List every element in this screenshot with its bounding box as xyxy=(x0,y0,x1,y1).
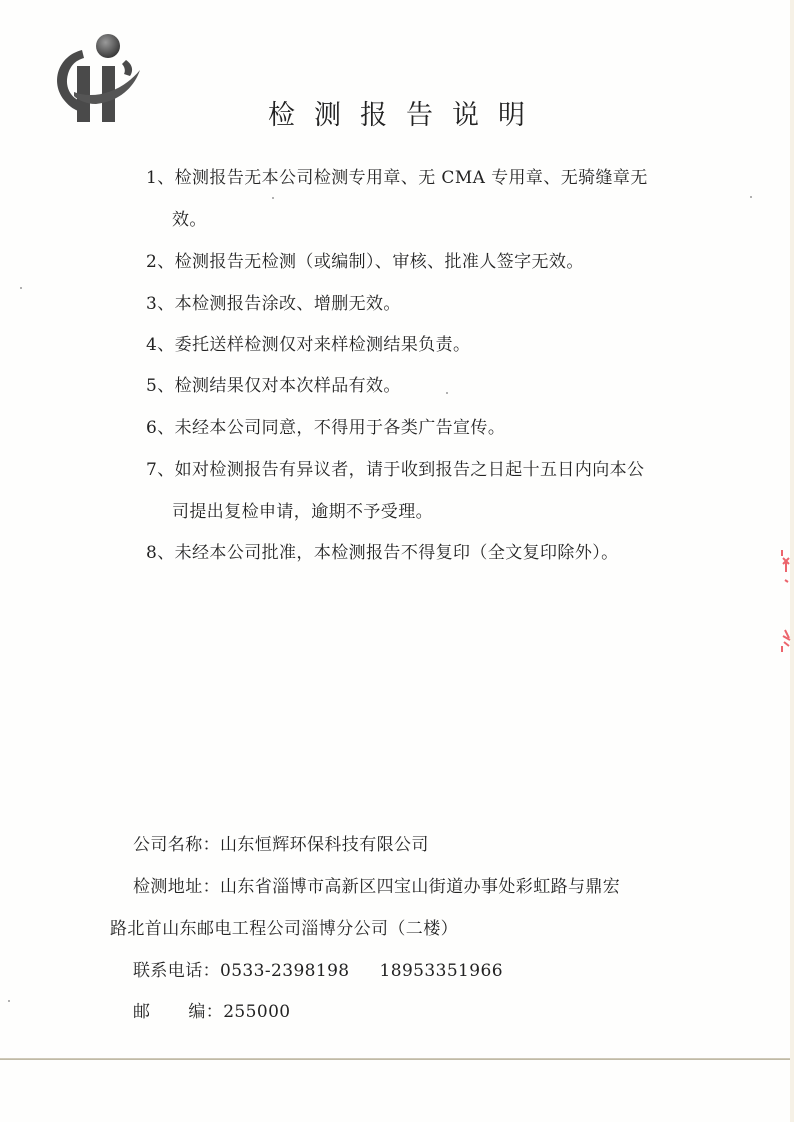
notice-item-6: 6、未经本公司同意，不得用于各类广告宣传。 xyxy=(146,416,505,440)
item-number: 7、 xyxy=(146,460,175,480)
scan-speck xyxy=(8,1000,10,1002)
item-number: 8、 xyxy=(146,543,175,563)
company-logo-icon xyxy=(44,30,148,126)
scan-speck xyxy=(272,197,274,199)
phone-2: 18953351966 xyxy=(380,961,503,981)
item-text: 未经本公司批准，本检测报告不得复印（全文复印除外）。 xyxy=(175,543,619,563)
document-title: 检测报告说明 xyxy=(268,98,530,134)
item-number: 1、 xyxy=(146,168,175,188)
address-line-1: 山东省淄博市高新区四宝山街道办事处彩虹路与鼎宏 xyxy=(220,877,620,897)
item-number: 5、 xyxy=(146,376,175,396)
item-number: 4、 xyxy=(146,335,175,355)
phone-1: 0533-2398198 xyxy=(220,961,350,981)
postcode-value: 255000 xyxy=(223,1002,290,1022)
item-text: 委托送样检测仅对来样检测结果负责。 xyxy=(175,335,471,355)
address-line-2: 路北首山东邮电工程公司淄博分公司（二楼） xyxy=(110,919,458,939)
item-text: 检测报告无本公司检测专用章、无 CMA 专用章、无骑缝章无 xyxy=(175,168,648,188)
company-name-row: 公司名称：山东恒辉环保科技有限公司 xyxy=(133,833,429,857)
postcode-label-b: 编： xyxy=(188,1002,223,1022)
address-row: 检测地址：山东省淄博市高新区四宝山街道办事处彩虹路与鼎宏 xyxy=(133,875,620,899)
postcode-row: 邮编：255000 xyxy=(133,1000,291,1024)
item-text: 本检测报告涂改、增删无效。 xyxy=(175,294,401,314)
item-number: 6、 xyxy=(146,418,175,438)
phone-label: 联系电话： xyxy=(133,961,220,981)
item-continuation: 效。 xyxy=(146,208,648,232)
notice-item-4: 4、委托送样检测仅对来样检测结果负责。 xyxy=(146,333,470,357)
postcode-label-a: 邮 xyxy=(133,1002,150,1022)
notice-item-3: 3、本检测报告涂改、增删无效。 xyxy=(146,292,401,316)
item-text: 如对检测报告有异议者，请于收到报告之日起十五日内向本公 xyxy=(175,460,645,480)
item-text: 未经本公司同意，不得用于各类广告宣传。 xyxy=(175,418,506,438)
seam-seal-icon xyxy=(779,520,793,670)
address-label: 检测地址： xyxy=(133,877,220,897)
item-text: 检测结果仅对本次样品有效。 xyxy=(175,376,401,396)
scan-speck xyxy=(750,196,752,198)
company-name-label: 公司名称： xyxy=(133,835,220,855)
item-text: 检测报告无检测（或编制）、审核、批准人签字无效。 xyxy=(175,252,584,272)
item-continuation: 司提出复检申请，逾期不予受理。 xyxy=(146,500,644,524)
notice-item-1: 1、检测报告无本公司检测专用章、无 CMA 专用章、无骑缝章无 效。 xyxy=(146,166,648,232)
notice-item-8: 8、未经本公司批准，本检测报告不得复印（全文复印除外）。 xyxy=(146,541,619,565)
item-number: 3、 xyxy=(146,294,175,314)
scan-speck xyxy=(20,287,22,289)
notice-item-5: 5、检测结果仅对本次样品有效。 xyxy=(146,374,401,398)
notice-item-7: 7、如对检测报告有异议者，请于收到报告之日起十五日内向本公 司提出复检申请，逾期… xyxy=(146,458,644,524)
notice-item-2: 2、检测报告无检测（或编制）、审核、批准人签字无效。 xyxy=(146,250,584,274)
address-row-continuation: 路北首山东邮电工程公司淄博分公司（二楼） xyxy=(110,917,458,941)
scan-speck xyxy=(446,392,448,394)
document-page: 检测报告说明 1、检测报告无本公司检测专用章、无 CMA 专用章、无骑缝章无 效… xyxy=(0,0,794,1122)
item-number: 2、 xyxy=(146,252,175,272)
company-name-value: 山东恒辉环保科技有限公司 xyxy=(220,835,429,855)
page-divider-line xyxy=(0,1058,794,1060)
phone-row: 联系电话：0533-239819818953351966 xyxy=(133,959,503,983)
